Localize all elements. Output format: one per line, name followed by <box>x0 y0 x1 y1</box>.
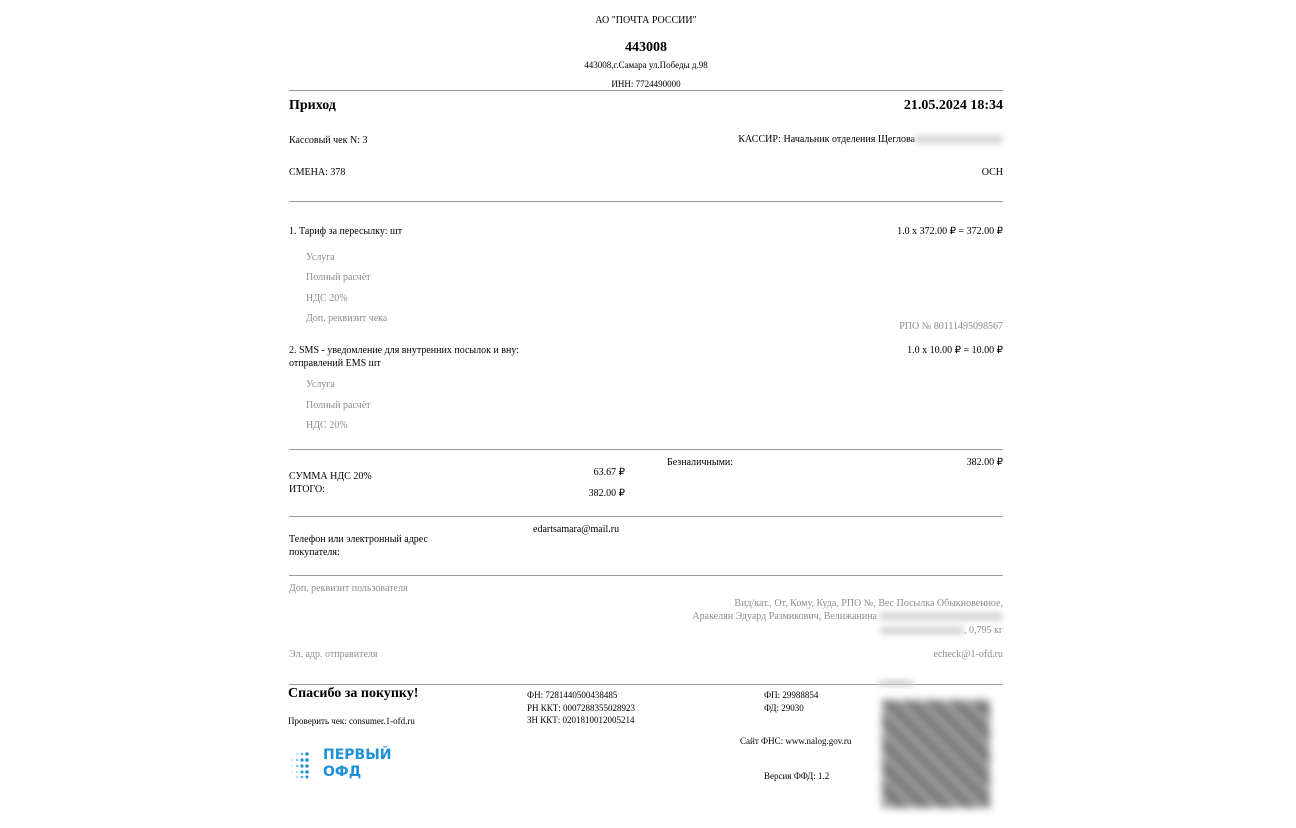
fn-number: ФН: 7281440500438485 <box>527 690 617 700</box>
buyer-email: edartsamara@mail.ru <box>533 524 619 535</box>
item-2-attr: Полный расчёт <box>306 400 371 411</box>
organization-name: АО "ПОЧТА РОССИИ" <box>289 15 1003 26</box>
postal-office-code: 443008 <box>289 40 1003 56</box>
item-1-calc: 1.0 x 372.00 ₽ = 372.00 ₽ <box>703 226 1003 237</box>
item-1-attr: Доп. реквизит чека <box>306 313 387 324</box>
redacted-text <box>880 626 964 635</box>
user-attr-label: Доп. реквизит пользователя <box>289 583 408 594</box>
tax-system: ОСН <box>803 167 1003 178</box>
operation-type: Приход <box>289 98 336 114</box>
user-attr-line1: Вид/кат., От, Кому, Куда, РПО №, Вес Пос… <box>603 598 1003 609</box>
fns-site[interactable]: Сайт ФНС: www.nalog.gov.ru <box>740 736 851 746</box>
inn: ИНН: 7724490000 <box>289 79 1003 89</box>
vat-label: СУММА НДС 20% <box>289 471 372 482</box>
receipt-datetime: 21.05.2024 18:34 <box>703 98 1003 114</box>
logo-line1: ПЕРВЫЙ <box>323 747 391 764</box>
shift-number: СМЕНА: 378 <box>289 167 345 178</box>
check-link[interactable]: Проверить чек: consumer.1-ofd.ru <box>288 716 415 726</box>
user-attr-line2-text: Аракелян Эдуард Размикович, Велижанина <box>692 611 877 622</box>
cashier-text: КАССИР: Начальник отделения Щеглова <box>738 134 915 145</box>
redacted-text <box>879 612 1003 621</box>
buyer-label-line2: покупателя: <box>289 547 340 558</box>
redacted-mark <box>876 680 916 686</box>
first-ofd-logo-icon <box>289 751 313 779</box>
item-1-attr: НДС 20% <box>306 293 348 304</box>
user-attr-line3: , 0,795 кг <box>603 625 1003 636</box>
divider <box>289 575 1003 576</box>
item-2-attr: Услуга <box>306 379 335 390</box>
logo-line2: ОФД <box>323 764 391 781</box>
office-address: 443008,г.Самара ул.Победы д.98 <box>289 60 1003 70</box>
check-number: Кассовый чек N: 3 <box>289 135 367 146</box>
sender-email-label: Эл. адр. отправителя <box>289 649 378 660</box>
qr-code-icon <box>882 700 990 808</box>
item-2-name-line2: отправлений EMS шт <box>289 358 381 369</box>
thanks-message: Спасибо за покупку! <box>288 686 418 702</box>
item-1-attr: Полный расчёт <box>306 272 371 283</box>
vat-value: 63.67 ₽ <box>505 467 625 478</box>
sender-email-value: echeck@1-ofd.ru <box>803 649 1003 660</box>
ffd-version: Версия ФФД: 1.2 <box>764 771 829 781</box>
divider <box>289 449 1003 450</box>
cashless-value: 382.00 ₽ <box>803 457 1003 468</box>
divider <box>289 201 1003 202</box>
rn-kkt: РН ККТ: 0007288355028923 <box>527 703 635 713</box>
cashier: КАССИР: Начальник отделения Щеглова <box>603 134 1003 145</box>
fp-number: ФП: 29988854 <box>764 690 818 700</box>
zn-kkt: ЗН ККТ: 0201810012005214 <box>527 715 635 725</box>
redacted-name <box>915 135 1003 144</box>
cashless-label: Безналичными: <box>667 457 733 468</box>
item-1-rpo: РПО № 80111495098567 <box>703 321 1003 332</box>
item-1-attr: Услуга <box>306 252 335 263</box>
item-2-name-line1: 2. SMS - уведомление для внутренних посы… <box>289 345 519 356</box>
item-2-calc: 1.0 x 10.00 ₽ = 10.00 ₽ <box>703 345 1003 356</box>
user-attr-line2: Аракелян Эдуард Размикович, Велижанина <box>603 611 1003 622</box>
total-label: ИТОГО: <box>289 484 325 495</box>
divider <box>289 90 1003 91</box>
user-attr-weight: , 0,795 кг <box>964 625 1003 636</box>
first-ofd-logo-text: ПЕРВЫЙ ОФД <box>323 747 391 781</box>
divider <box>289 516 1003 517</box>
item-1-name: 1. Тариф за пересылку: шт <box>289 226 402 237</box>
fd-number: ФД: 29030 <box>764 703 804 713</box>
buyer-label-line1: Телефон или электронный адрес <box>289 534 428 545</box>
item-2-attr: НДС 20% <box>306 420 348 431</box>
total-value: 382.00 ₽ <box>505 488 625 499</box>
